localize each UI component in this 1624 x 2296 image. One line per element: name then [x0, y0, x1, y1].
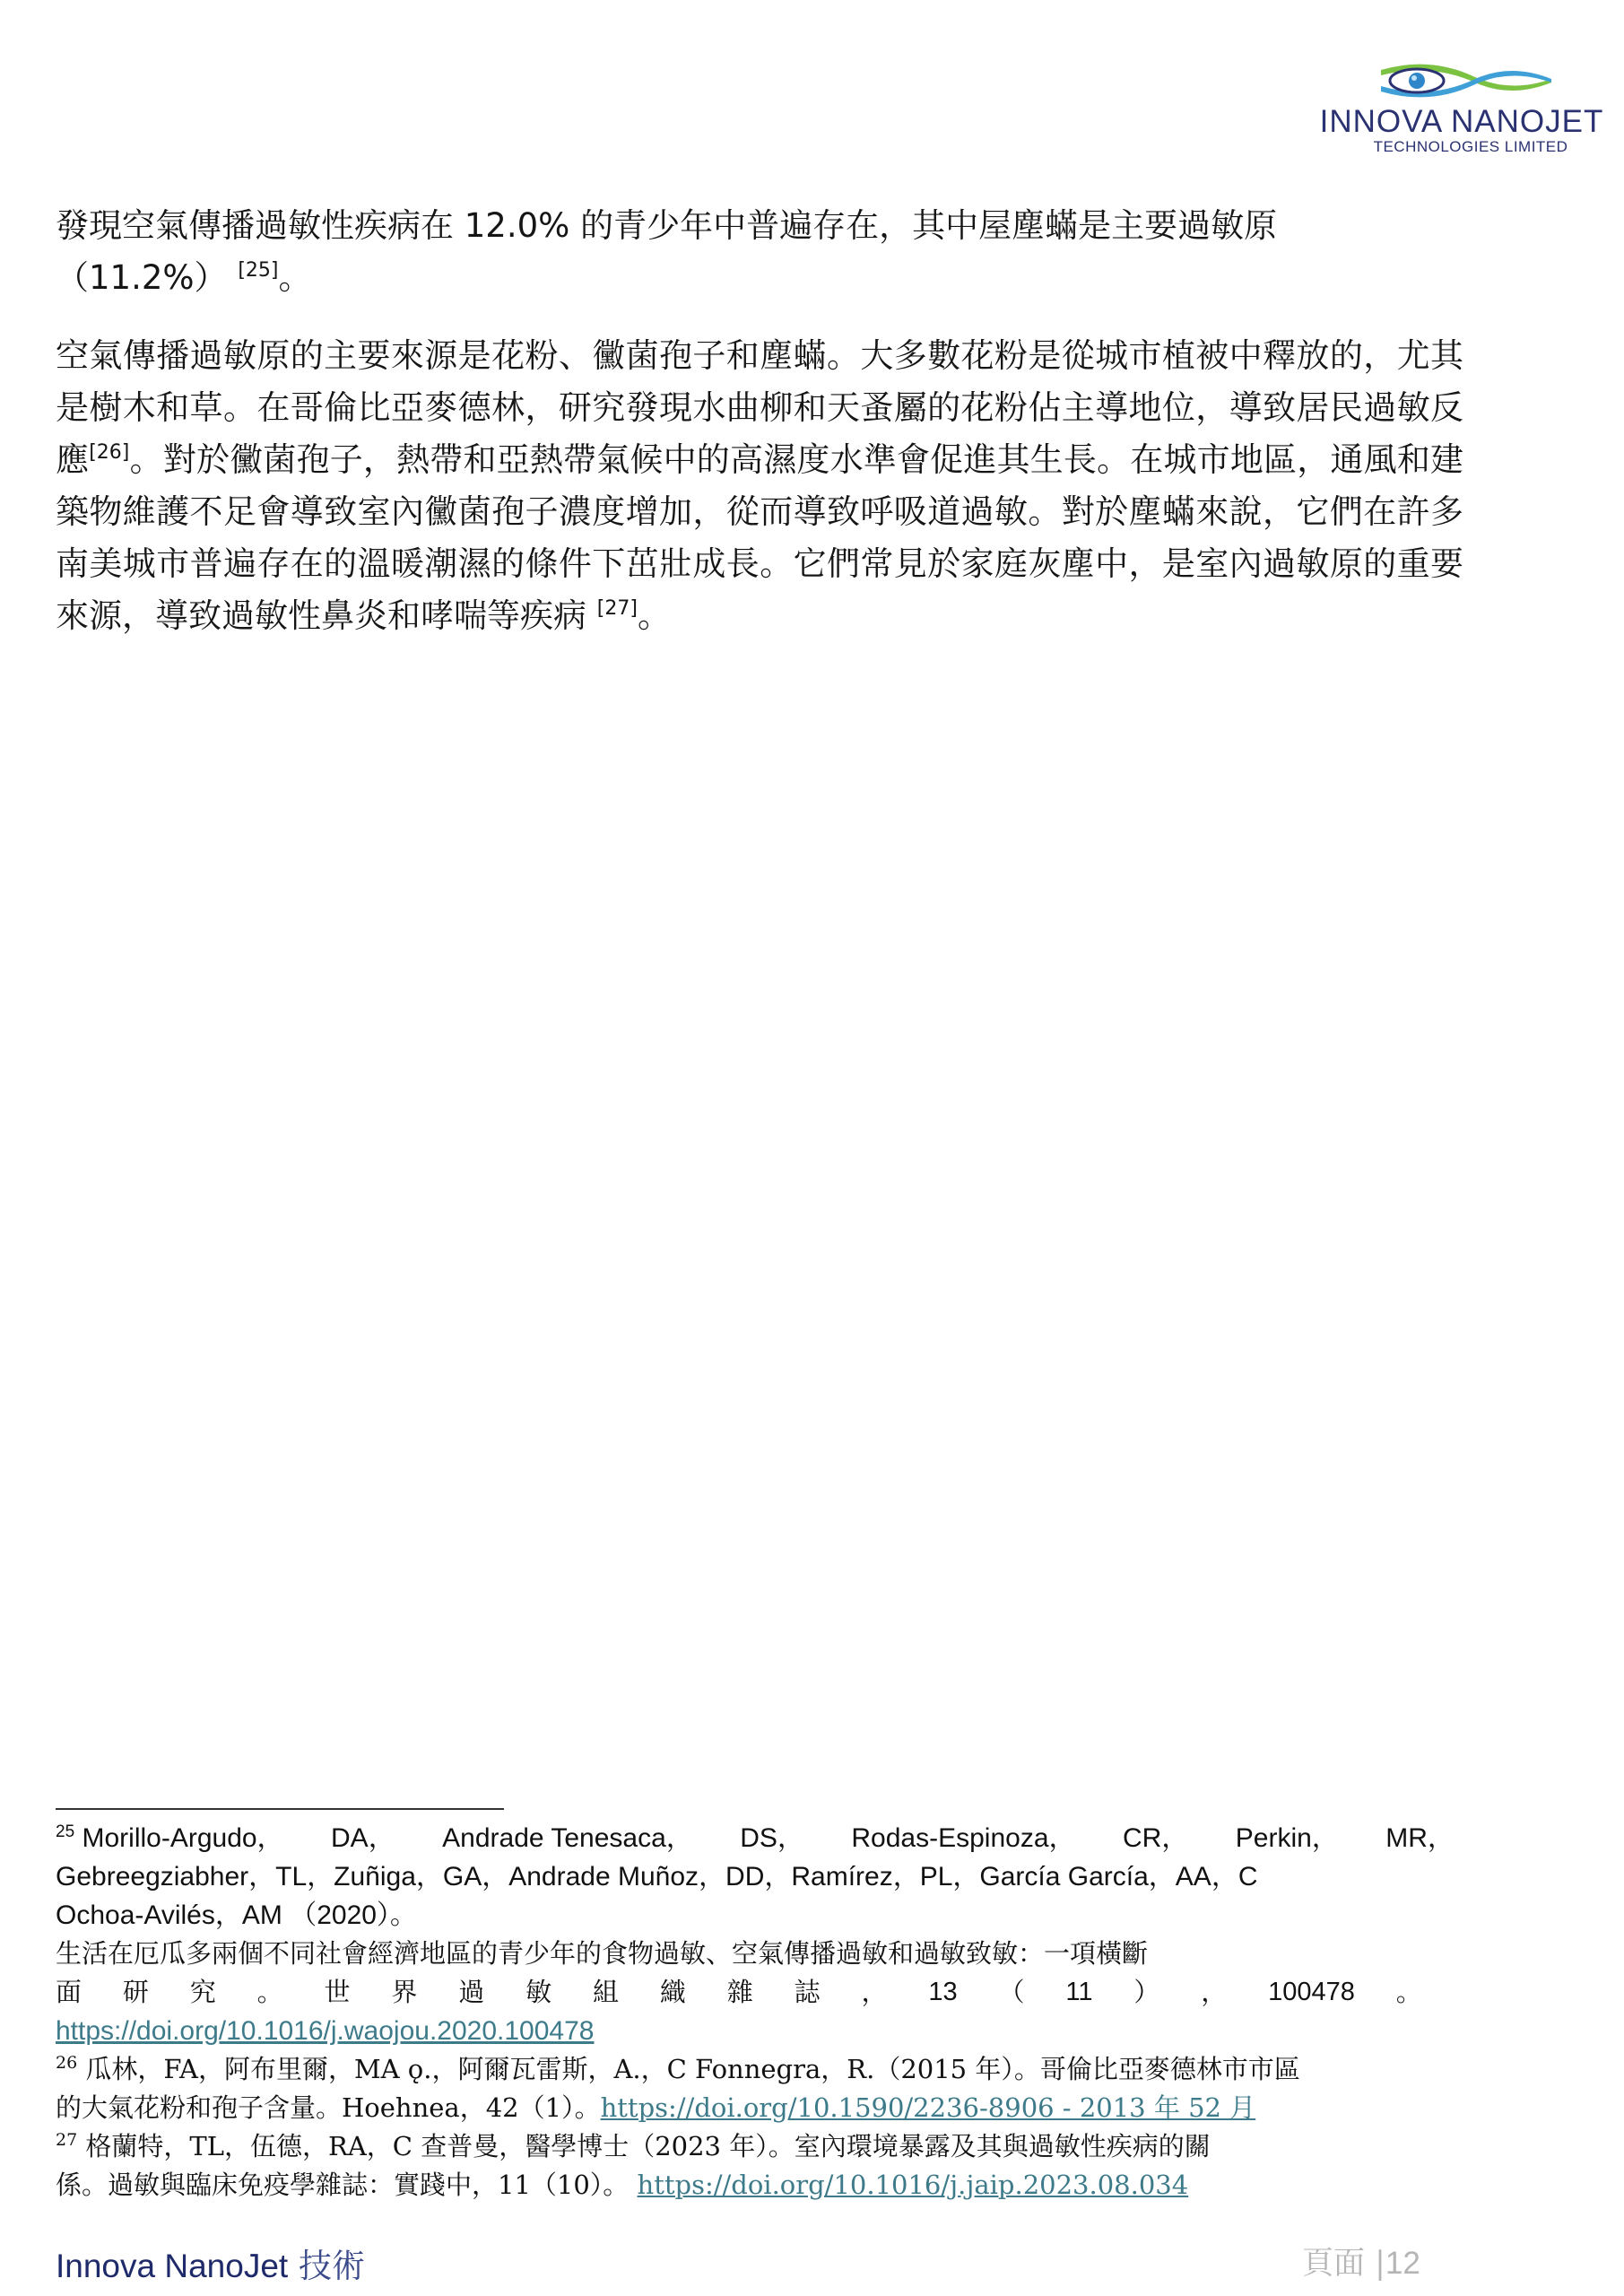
footnote-text-line: 係。過敏與臨床免疫學雜誌：實踐中，11（10）。 https://doi.org… — [56, 2166, 1455, 2205]
paragraph-text: 。 — [638, 596, 671, 635]
percentage-value: 11.2% — [89, 258, 195, 297]
char: 界 — [391, 1973, 417, 2012]
char: （ — [999, 1973, 1025, 2012]
footnote-25: 25 Morillo-Argudo， DA， Andrade Tenesaca，… — [56, 1819, 1455, 2050]
char: 組 — [593, 1973, 619, 2012]
paragraph-text: 的青少年中普遍存在，其中屋塵蟎是主要過敏原 — [569, 206, 1277, 245]
char: 研 — [123, 1973, 149, 2012]
char: ， — [1201, 1973, 1227, 2012]
char: 誌 — [795, 1973, 821, 2012]
char: 雜 — [727, 1973, 753, 2012]
author: DS， — [740, 1819, 804, 1857]
doi-link-25[interactable]: https://doi.org/10.1016/j.waojou.2020.10… — [56, 2016, 594, 2046]
doi-link-27[interactable]: https://doi.org/10.1016/j.jaip.2023.08.0… — [638, 2170, 1189, 2200]
footnote-number: 27 — [56, 2130, 77, 2150]
paragraph-text: （ — [56, 258, 89, 297]
body-paragraph-1: 發現空氣傳播過敏性疾病在 12.0% 的青少年中普遍存在，其中屋塵蟎是主要過敏原… — [56, 200, 1463, 304]
char: 究 — [190, 1973, 216, 2012]
char: ， — [862, 1973, 888, 2012]
paragraph-text: 。 — [278, 258, 311, 297]
company-logo: INNOVA NANOJET TECHNOLOGIES LIMITED — [1305, 59, 1619, 158]
paragraph-text: 。對於黴菌孢子，熱帶和亞熱帶氣候中的高濕度水準會促進其生長。在城市地區，通風和建… — [56, 440, 1463, 635]
footnote-text-line: 的大氣花粉和孢子含量。Hoehnea，42（1）。https://doi.org… — [56, 2089, 1455, 2127]
char: 敏 — [525, 1973, 551, 2012]
footnote-number: 25 — [56, 1822, 74, 1841]
footnote-authors-line: 25 Morillo-Argudo， DA， Andrade Tenesaca，… — [56, 1819, 1455, 1857]
body-paragraph-2: 空氣傳播過敏原的主要來源是花粉、黴菌孢子和塵蟎。大多數花粉是從城市植被中釋放的，… — [56, 330, 1463, 642]
company-name-latin: Innova NanoJet — [56, 2248, 288, 2284]
footnote-text: 瓜林，FA，阿布里爾，MA ǫ.，阿爾瓦雷斯，A.，C Fonnegra，R.（… — [85, 2054, 1299, 2084]
author: Morillo-Argudo， — [82, 1823, 283, 1853]
author: Perkin， — [1236, 1819, 1339, 1857]
footnote-separator — [56, 1808, 504, 1810]
footnote-text-line: 26 瓜林，FA，阿布里爾，MA ǫ.，阿爾瓦雷斯，A.，C Fonnegra，… — [56, 2050, 1455, 2089]
footnote-text: 係。過敏與臨床免疫學雜誌：實踐中，11（10）。 — [56, 2170, 638, 2200]
char: 世 — [325, 1973, 351, 2012]
footnote-ref-26[interactable]: [26] — [89, 441, 129, 464]
percentage-value: 12.0% — [465, 206, 570, 245]
footnote-text: 格蘭特，TL，伍德，RA，C 查普曼，醫學博士（2023 年）。室內環境暴露及其… — [85, 2131, 1210, 2161]
issue: 11 — [1065, 1973, 1092, 2012]
eye-helix-logo-icon — [1376, 59, 1556, 102]
paragraph-text: ） — [195, 258, 228, 297]
page-number: 頁面 |12 — [1302, 2239, 1420, 2283]
footnote-number: 26 — [56, 2053, 77, 2073]
volume: 13 — [928, 1973, 957, 2012]
footnote-title: 生活在厄瓜多兩個不同社會經濟地區的青少年的食物過敏、空氣傳播過敏和過敏致敏：一項… — [56, 1935, 1455, 1973]
company-name-cjk: 技術 — [288, 2247, 365, 2285]
footnote-ref-27[interactable]: [27] — [597, 597, 638, 620]
brand-name: INNOVA NANOJET — [1305, 104, 1619, 140]
author: CR， — [1123, 1819, 1188, 1857]
footnote-27: 27 格蘭特，TL，伍德，RA，C 查普曼，醫學博士（2023 年）。室內環境暴… — [56, 2127, 1455, 2205]
footnote-authors-line: Ochoa-Avilés，AM （2020）。 — [56, 1896, 1455, 1935]
author: MR， — [1385, 1819, 1455, 1857]
footnote-text-line: 27 格蘭特，TL，伍德，RA，C 查普曼，醫學博士（2023 年）。室內環境暴… — [56, 2127, 1455, 2166]
footnote-text: 的大氣花粉和孢子含量。Hoehnea，42（1）。 — [56, 2092, 601, 2123]
author: Rodas-Espinoza， — [851, 1819, 1075, 1857]
article-number: 100478 — [1268, 1973, 1355, 2012]
page-number-value: 12 — [1385, 2246, 1420, 2281]
char: 面 — [56, 1973, 82, 2012]
doi-link-26[interactable]: https://doi.org/10.1590/2236-8906 - 2013… — [601, 2092, 1256, 2123]
char: 織 — [660, 1973, 686, 2012]
footer-company-name: Innova NanoJet 技術 — [56, 2239, 365, 2287]
footnote-26: 26 瓜林，FA，阿布里爾，MA ǫ.，阿爾瓦雷斯，A.，C Fonnegra，… — [56, 2050, 1455, 2127]
brand-subtitle: TECHNOLOGIES LIMITED — [1354, 138, 1587, 156]
footnote-ref-25[interactable]: [25] — [238, 259, 278, 282]
author: Andrade Tenesaca， — [442, 1819, 693, 1857]
paragraph-text: 發現空氣傳播過敏性疾病在 — [56, 206, 465, 245]
footnote-authors-line: Gebreegziabher，TL，Zuñiga，GA，Andrade Muño… — [56, 1857, 1455, 1896]
footnotes: 25 Morillo-Argudo， DA， Andrade Tenesaca，… — [56, 1819, 1455, 2205]
author: DA， — [331, 1819, 395, 1857]
char: 。 — [1396, 1973, 1422, 2012]
page-label: 頁面 | — [1302, 2246, 1385, 2282]
char: 過 — [458, 1973, 484, 2012]
char: ） — [1133, 1973, 1159, 2012]
footnote-journal-line: 面 研 究 。 世 界 過 敏 組 織 雜 誌 ， 13 （ 11 ） ， 10… — [56, 1973, 1455, 2012]
char: 。 — [257, 1973, 283, 2012]
